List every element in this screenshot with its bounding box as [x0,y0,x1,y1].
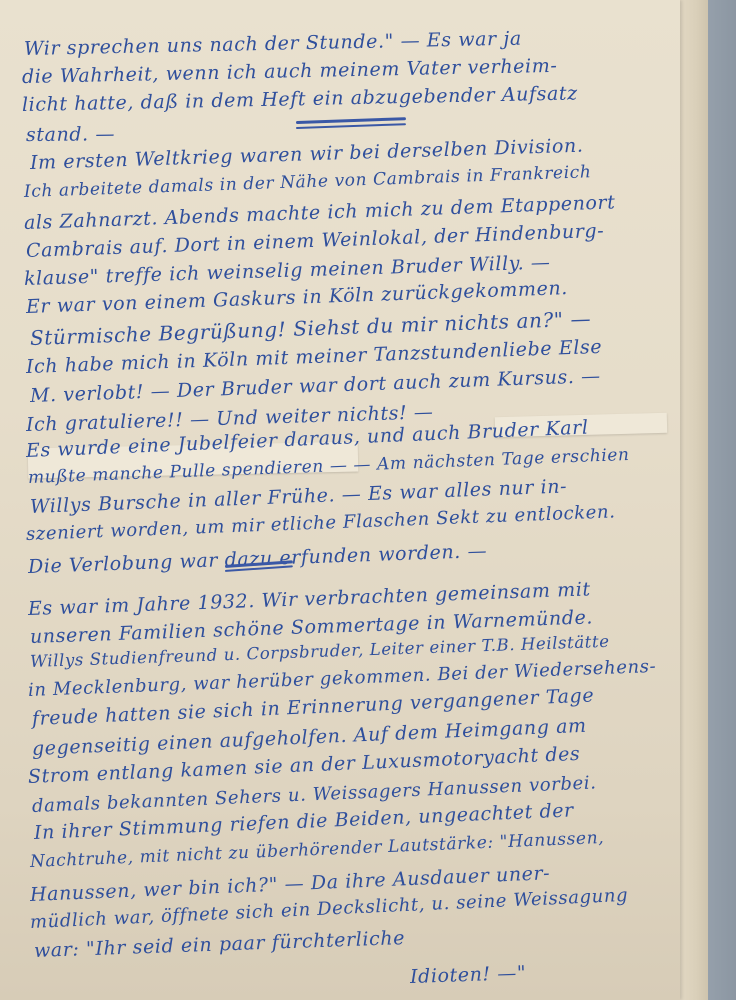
text-line: Wir sprechen uns nach der Stunde." — Es … [24,28,522,60]
text-line: licht hatte, daß in dem Heft ein abzugeb… [22,82,578,116]
separator-rule [296,123,406,129]
photo-background: Wir sprechen uns nach der Stunde." — Es … [0,0,736,1000]
text-line: Die Verlobung war dazu erfunden worden. … [28,540,488,578]
text-line: die Wahrheit, wenn ich auch meinem Vater… [22,55,558,88]
text-line: war: "Ihr seid ein paar fürchterliche [34,927,406,962]
text-line: Idioten! —" [410,962,527,988]
page-edge [680,0,708,1000]
handwritten-page: Wir sprechen uns nach der Stunde." — Es … [0,0,680,1000]
text-line: stand. — [26,123,115,146]
